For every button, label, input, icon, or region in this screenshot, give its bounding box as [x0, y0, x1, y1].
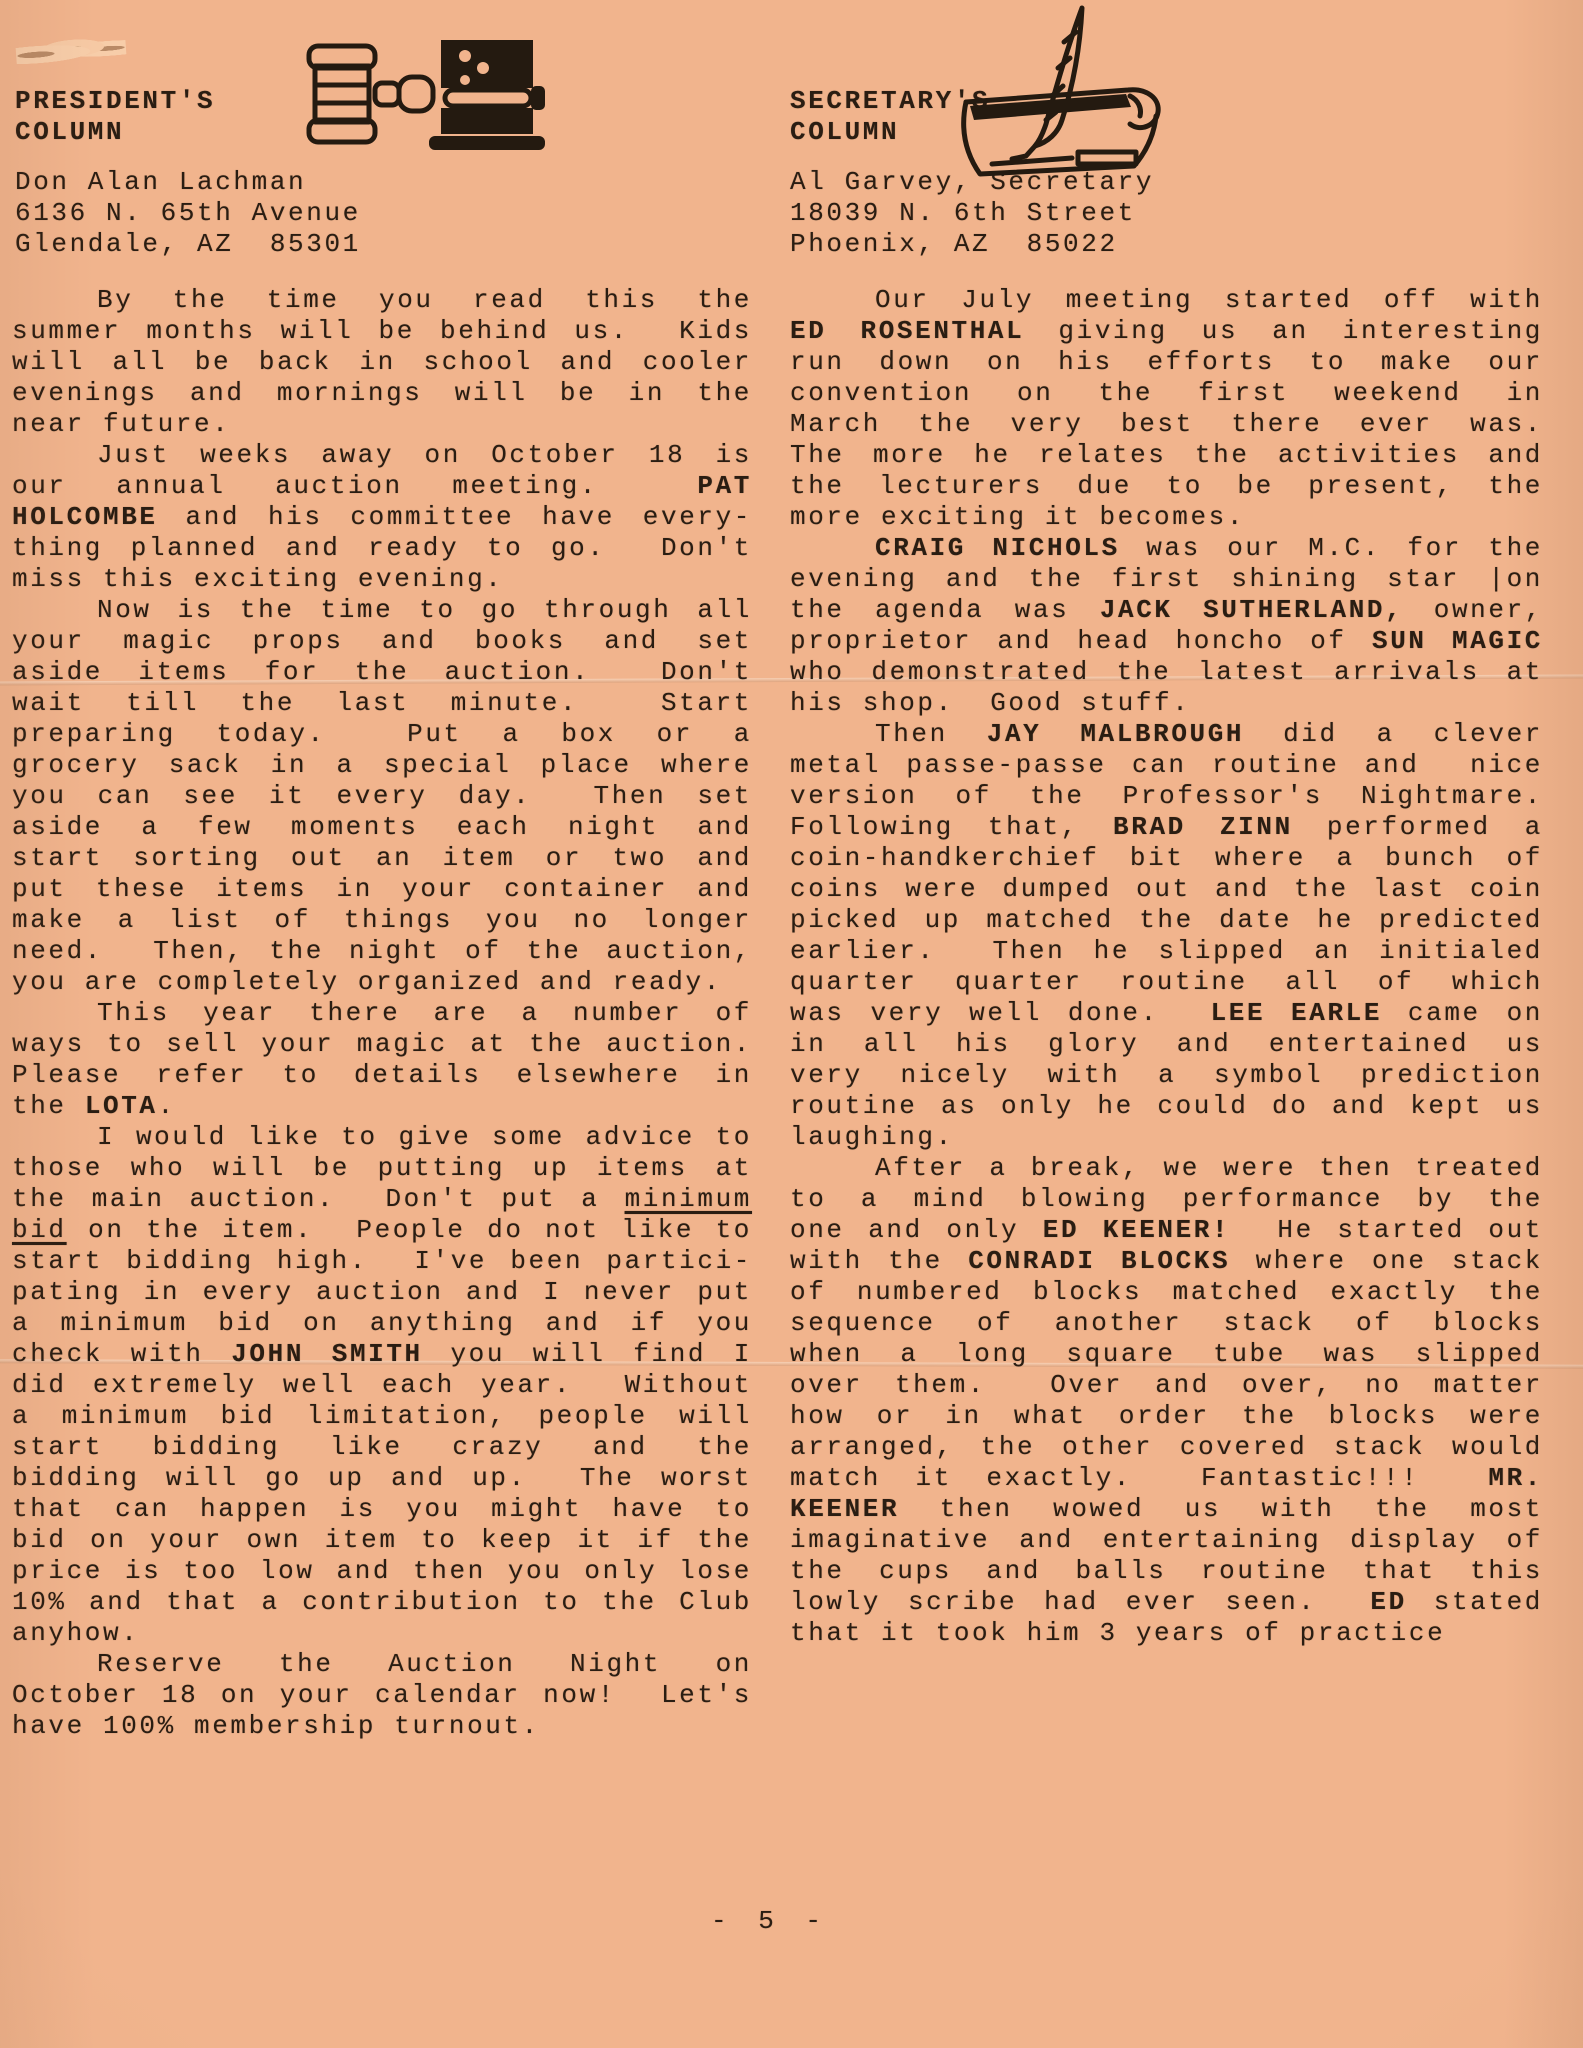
text-line: preparing today. Put a box or a	[12, 719, 752, 750]
text-line: more exciting it becomes.	[790, 502, 1543, 533]
text-line: Glendale, AZ 85301	[15, 229, 755, 260]
text-line: October 18 on your calendar now! Let's	[12, 1680, 752, 1711]
text-line: quarter quarter routine all of which	[790, 967, 1543, 998]
text-line: bidding will go up and up. The worst	[12, 1463, 752, 1494]
text-line: earlier. Then he slipped an initialed	[790, 936, 1543, 967]
text-line: a minimum bid limitation, people will	[12, 1401, 752, 1432]
text-line: pating in every auction and I never put	[12, 1277, 752, 1308]
text-line: miss this exciting evening.	[12, 564, 752, 595]
text-line: one and only ED KEENER! He started out	[790, 1215, 1543, 1246]
text-line: picked up matched the date he predicted	[790, 905, 1543, 936]
text-line: HOLCOMBE and his committee have every-	[12, 502, 752, 533]
secretary-column-body: Our July meeting started off withED ROSE…	[790, 285, 1543, 1649]
text-line: Phoenix, AZ 85022	[790, 229, 1543, 260]
text-line: grocery sack in a special place where	[12, 750, 752, 781]
text-line: when a long square tube was slipped	[790, 1339, 1543, 1370]
text-line: a minimum bid on anything and if you	[12, 1308, 752, 1339]
text-line: 10% and that a contribution to the Club	[12, 1587, 752, 1618]
text-line: I would like to give some advice to	[12, 1122, 752, 1153]
text-line: bid on your own item to keep it if the	[12, 1525, 752, 1556]
text-line: match it exactly. Fantastic!!! MR.	[790, 1463, 1543, 1494]
text-line: in all his glory and entertained us	[790, 1029, 1543, 1060]
text-line: aside items for the auction. Don't	[12, 657, 752, 688]
text-line: start bidding high. I've been partici-	[12, 1246, 752, 1277]
text-line: version of the Professor's Nightmare.	[790, 781, 1543, 812]
text-line: Don Alan Lachman	[15, 167, 755, 198]
quill-scroll-icon	[932, 4, 1174, 188]
text-line: anyhow.	[12, 1618, 752, 1649]
text-line: This year there are a number of	[12, 998, 752, 1029]
text-line: put these items in your container and	[12, 874, 752, 905]
text-line: aside a few moments each night and	[12, 812, 752, 843]
text-line: CRAIG NICHOLS was our M.C. for the	[790, 533, 1543, 564]
text-line: start sorting out an item or two and	[12, 843, 752, 874]
text-line: coin-handkerchief bit where a bunch of	[790, 843, 1543, 874]
text-line: you can see it every day. Then set	[12, 781, 752, 812]
newsletter-page: PRESIDENT'SCOLUMN Don Alan Lachman6136 N…	[0, 0, 1583, 2048]
text-line: how or in what order the blocks were	[790, 1401, 1543, 1432]
text-line: evenings and mornings will be in the	[12, 378, 752, 409]
text-line: over them. Over and over, no matter	[790, 1370, 1543, 1401]
president-author-address: Don Alan Lachman6136 N. 65th AvenueGlend…	[15, 167, 755, 260]
text-line: was very well done. LEE EARLE came on	[790, 998, 1543, 1029]
text-line: By the time you read this the	[12, 285, 752, 316]
text-line: the LOTA.	[12, 1091, 752, 1122]
text-line: with the CONRADI BLOCKS where one stack	[790, 1246, 1543, 1277]
text-line: 6136 N. 65th Avenue	[15, 198, 755, 229]
text-line: imaginative and entertaining display of	[790, 1525, 1543, 1556]
text-line: proprietor and head honcho of SUN MAGIC	[790, 626, 1543, 657]
text-line: price is too low and then you only lose	[12, 1556, 752, 1587]
text-line: near future.	[12, 409, 752, 440]
text-line: routine as only he could do and kept us	[790, 1091, 1543, 1122]
text-line: Reserve the Auction Night on	[12, 1649, 752, 1680]
text-line: the lecturers due to be present, the	[790, 471, 1543, 502]
text-line: the agenda was JACK SUTHERLAND, owner,	[790, 595, 1543, 626]
text-line: lowly scribe had ever seen. ED stated	[790, 1587, 1543, 1618]
text-line: After a break, we were then treated	[790, 1153, 1543, 1184]
text-line: laughing.	[790, 1122, 1543, 1153]
staple-tear-mark	[15, 34, 127, 68]
text-line: the cups and balls routine that this	[790, 1556, 1543, 1587]
text-line: Now is the time to go through all	[12, 595, 752, 626]
text-line: March the very best there ever was.	[790, 409, 1543, 440]
text-line: his shop. Good stuff.	[790, 688, 1543, 719]
text-line: Following that, BRAD ZINN performed a	[790, 812, 1543, 843]
text-line: of numbered blocks matched exactly the	[790, 1277, 1543, 1308]
text-line: will all be back in school and cooler	[12, 347, 752, 378]
text-line: Please refer to details elsewhere in	[12, 1060, 752, 1091]
text-line: need. Then, the night of the auction,	[12, 936, 752, 967]
text-line: bid on the item. People do not like to	[12, 1215, 752, 1246]
text-line: The more he relates the activities and	[790, 440, 1543, 471]
text-line: that can happen is you might have to	[12, 1494, 752, 1525]
text-line: convention on the first weekend in	[790, 378, 1543, 409]
text-line: Our July meeting started off with	[790, 285, 1543, 316]
text-line: evening and the first shining star |on	[790, 564, 1543, 595]
text-line: make a list of things you no longer	[12, 905, 752, 936]
text-line: ways to sell your magic at the auction.	[12, 1029, 752, 1060]
text-line: metal passe-passe can routine and nice	[790, 750, 1543, 781]
text-line: that it took him 3 years of practice	[790, 1618, 1543, 1649]
president-column-body: By the time you read this thesummer mont…	[12, 285, 752, 1742]
text-line: you are completely organized and ready.	[12, 967, 752, 998]
text-line: your magic props and books and set	[12, 626, 752, 657]
text-line: summer months will be behind us. Kids	[12, 316, 752, 347]
text-line: run down on his efforts to make our	[790, 347, 1543, 378]
gavel-icon	[295, 36, 547, 156]
text-line: who demonstrated the latest arrivals at	[790, 657, 1543, 688]
text-line: wait till the last minute. Start	[12, 688, 752, 719]
text-line: start bidding like crazy and the	[12, 1432, 752, 1463]
text-line: coins were dumped out and the last coin	[790, 874, 1543, 905]
text-line: our annual auction meeting. PAT	[12, 471, 752, 502]
text-line: did extremely well each year. Without	[12, 1370, 752, 1401]
text-line: sequence of another stack of blocks	[790, 1308, 1543, 1339]
text-line: the main auction. Don't put a minimum	[12, 1184, 752, 1215]
text-line: arranged, the other covered stack would	[790, 1432, 1543, 1463]
text-line: 18039 N. 6th Street	[790, 198, 1543, 229]
page-number: - 5 -	[0, 1906, 1540, 1936]
text-line: check with JOHN SMITH you will find I	[12, 1339, 752, 1370]
text-line: have 100% membership turnout.	[12, 1711, 752, 1742]
text-line: very nicely with a symbol prediction	[790, 1060, 1543, 1091]
text-line: Then JAY MALBROUGH did a clever	[790, 719, 1543, 750]
text-line: to a mind blowing performance by the	[790, 1184, 1543, 1215]
text-line: Just weeks away on October 18 is	[12, 440, 752, 471]
text-line: thing planned and ready to go. Don't	[12, 533, 752, 564]
text-line: KEENER then wowed us with the most	[790, 1494, 1543, 1525]
text-line: ED ROSENTHAL giving us an interesting	[790, 316, 1543, 347]
text-line: those who will be putting up items at	[12, 1153, 752, 1184]
